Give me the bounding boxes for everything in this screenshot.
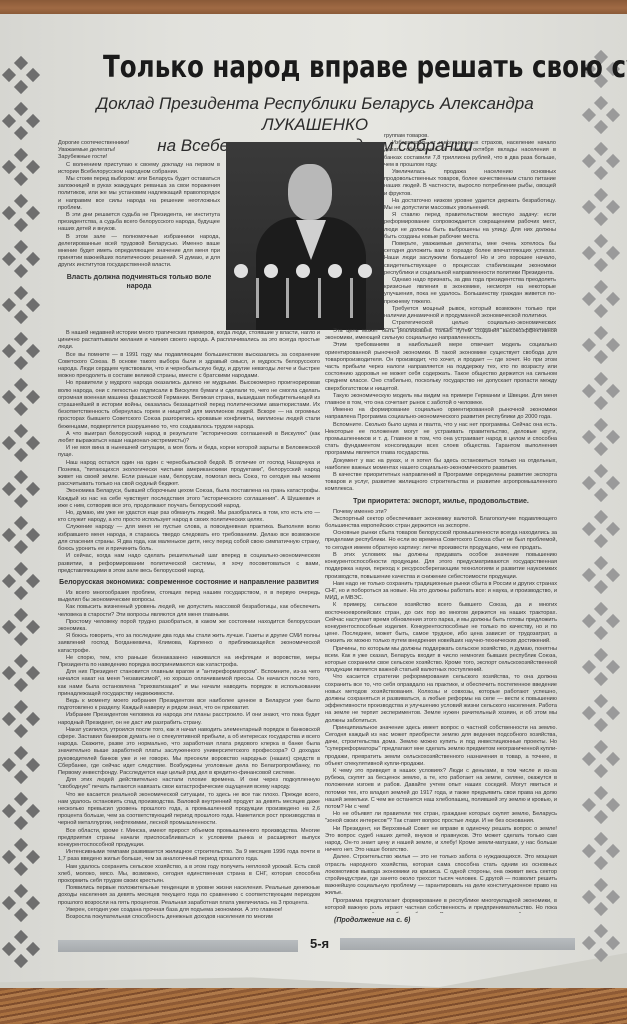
paragraph: Но не объявят ли правители тех стран, гр…: [325, 811, 557, 825]
paragraph: Нам удалось сохранить сельское хозяйство…: [58, 864, 320, 886]
greeting-paragraph: Дорогие соотечественники!: [58, 140, 220, 147]
diamond-ornament-icon: [4, 702, 38, 736]
continued-note: (Продолжение на с. 6): [334, 917, 410, 924]
paragraph: Эта цель может быть реализована только п…: [325, 328, 557, 342]
paragraph: Что касается стратегии реформирования се…: [325, 674, 557, 724]
diamond-ornament-icon: [584, 926, 618, 960]
paragraph: Как повысить жизненный уровень людей, не…: [58, 604, 320, 618]
diamond-ornament-icon: [584, 834, 618, 868]
diamond-ornament-icon: [584, 144, 618, 178]
paragraph: Увеличилась продажа населению основных п…: [384, 169, 556, 198]
mic-stand: [318, 278, 321, 318]
column-left-main: В нашей недавней истории много трагическ…: [58, 330, 320, 935]
diamond-ornament-icon: [4, 288, 38, 322]
diamond-ornament-icon: [4, 840, 38, 874]
paragraph: Но, думаю, им уже не удастся еще раз обм…: [58, 510, 320, 524]
paragraph: А что выиграл белорусский народ в резуль…: [58, 431, 320, 445]
paragraph: И не моя вина в нынешней ситуации, а моя…: [58, 445, 320, 459]
paragraph: Из всего многообразия проблем, стоящих п…: [58, 590, 320, 604]
paragraph: В нашей недавней истории много трагическ…: [58, 330, 320, 352]
diamond-ornament-icon: [584, 236, 618, 270]
mic-stand: [286, 278, 289, 318]
paragraph: В этих условиях мы должны придавать особ…: [325, 552, 557, 581]
greeting-paragraph: В этом зале — полномочные избранники нар…: [58, 234, 220, 270]
column-left-top: Дорогие соотечественники!Уважаемые делег…: [58, 140, 220, 330]
diamond-ornament-icon: [4, 564, 38, 598]
microphone-icon: [328, 264, 342, 278]
greeting-paragraph: Уважаемые делегаты!: [58, 147, 220, 154]
diamond-ornament-icon: [584, 466, 618, 500]
paragraph: Я боюсь говорить, что за последние два г…: [58, 633, 320, 655]
paragraph: Для этих людей действительно настали пло…: [58, 777, 320, 791]
diamond-ornament-icon: [584, 374, 618, 408]
diamond-ornament-icon: [584, 282, 618, 316]
diamond-ornament-icon: [584, 788, 618, 822]
diamond-ornament-icon: [4, 426, 38, 460]
president-photo: [226, 142, 384, 330]
paragraph: Уверен, сегодня уже создана прочная база…: [58, 907, 320, 914]
headline: Только народ вправе решать свою судьбу: [103, 50, 513, 85]
diamond-ornament-icon: [584, 558, 618, 592]
microphone-icon: [234, 264, 248, 278]
diamond-ornament-icon: [584, 742, 618, 776]
diamond-ornament-icon: [4, 794, 38, 828]
paragraph: Программа предполагает формирование в ре…: [325, 898, 557, 913]
column-right-top: группам товаров.Избавившись от инфляцион…: [384, 133, 556, 329]
paragraph: Основные рынки сбыта товаров белорусской…: [325, 530, 557, 552]
paragraph: Ни Президент, ни Верховный Совет не впра…: [325, 826, 557, 855]
diamond-ornament-icon: [4, 380, 38, 414]
diamond-ornament-icon: [4, 932, 38, 966]
diamond-ornament-icon: [584, 512, 618, 546]
paragraph: Все области, кроме г. Минска, имеют прир…: [58, 828, 320, 850]
footer-rule-left: [58, 940, 298, 952]
paragraph: Экспортный сектор обеспечивает экономику…: [325, 516, 557, 530]
paragraph: Простому человеку порой трудно разобрать…: [58, 619, 320, 633]
paragraph: Для них Президент становится главным вра…: [58, 669, 320, 698]
greeting-paragraph: С волнением приступаю к своему докладу н…: [58, 162, 220, 176]
diamond-ornament-icon: [4, 150, 38, 184]
photo-face: [288, 164, 332, 220]
diamond-ornament-icon: [4, 58, 38, 92]
paragraph: И сейчас, когда нам надо сделать решител…: [58, 553, 320, 575]
paragraph: группам товаров.: [384, 133, 556, 140]
page-number: 5-я: [310, 936, 329, 951]
paragraph: Избрание Президентом человека из народа …: [58, 712, 320, 726]
paragraph: Нам надо не только сохранить традиционны…: [325, 581, 557, 603]
paragraph: Ведь к моменту моего избрания Президенто…: [58, 698, 320, 712]
section-heading: Власть должна подчиняться только воле на…: [58, 273, 220, 291]
diamond-ornament-icon: [584, 604, 618, 638]
section-heading: Белорусская экономика: современное состо…: [58, 578, 320, 587]
diamond-ornament-icon: [584, 650, 618, 684]
paragraph: Именно на формирование социально ориенти…: [325, 407, 557, 421]
paragraph: Но правители у мудрого народа оказались …: [58, 380, 320, 430]
paragraph: Такую экономическую модель мы видим на п…: [325, 393, 557, 407]
paragraph: Далее. Строительство жилья — это не толь…: [325, 854, 557, 897]
paragraph: Принципиальное значение здесь имеет вопр…: [325, 725, 557, 768]
paragraph: Возросла покупательная способность денеж…: [58, 914, 320, 921]
section-heading: Три приоритета: экспорт, жилье, продовол…: [325, 497, 557, 506]
paragraph: В качестве приоритетных направлений в Пр…: [325, 472, 557, 494]
left-ornament-column: [4, 58, 38, 978]
paragraph: К чему это приведет в наших условиях? Лю…: [325, 768, 557, 811]
paragraph: Служение народу — для меня не пустые сло…: [58, 524, 320, 553]
diamond-ornament-icon: [4, 518, 38, 552]
diamond-ornament-icon: [4, 104, 38, 138]
mic-stand: [256, 278, 259, 318]
greeting-paragraph: Зарубежные гости!: [58, 154, 220, 161]
mic-stand: [350, 278, 353, 318]
paragraph: Не спорю, тем, кто раньше безнаказанно н…: [58, 655, 320, 669]
microphone-icon: [296, 264, 310, 278]
right-ornament-column: [584, 52, 618, 972]
paragraph: Почему именно эти?: [325, 509, 557, 516]
diamond-ornament-icon: [584, 328, 618, 362]
diamond-ornament-icon: [4, 748, 38, 782]
paragraph: На достаточно низком уровне удается держ…: [384, 198, 556, 212]
paragraph: Накат усилился, утроился после того, как…: [58, 727, 320, 777]
paragraph: Причины, по которым мы должны поддержать…: [325, 646, 557, 675]
subheadline-line-1: Доклад Президента Республики Беларусь Ал…: [50, 93, 580, 135]
paragraph: К примеру, сельское хозяйство всего бывш…: [325, 602, 557, 645]
diamond-ornament-icon: [584, 190, 618, 224]
diamond-ornament-icon: [4, 886, 38, 920]
column-right-main: Эта цель может быть реализована только п…: [325, 328, 557, 913]
paragraph: Требуется мощный рывок, который возможен…: [384, 306, 556, 320]
paragraph: Появились первые положительные тенденции…: [58, 885, 320, 907]
wood-surface: [0, 988, 627, 1024]
paragraph: Вспомните. Сколько было шума и гвалта, ч…: [325, 422, 557, 458]
diamond-ornament-icon: [4, 334, 38, 368]
diamond-ornament-icon: [584, 696, 618, 730]
paragraph: Все вы помните — в 1991 году мы подавляю…: [58, 352, 320, 381]
paragraph: Поверьте, уважаемые делегаты, мне очень …: [384, 241, 556, 277]
diamond-ornament-icon: [584, 880, 618, 914]
greeting-paragraph: В эти дни решается судьба не Президента,…: [58, 212, 220, 234]
diamond-ornament-icon: [584, 98, 618, 132]
paragraph: Этим требованиям в наибольшей мере отвеч…: [325, 342, 557, 392]
diamond-ornament-icon: [4, 472, 38, 506]
paragraph: Что же касается реальной экономической с…: [58, 792, 320, 828]
paragraph: Я ставлю перед правительством жесткую за…: [384, 212, 556, 241]
paragraph: Наш народ остался один на один с чернобы…: [58, 460, 320, 489]
diamond-ornament-icon: [4, 196, 38, 230]
diamond-ornament-icon: [4, 242, 38, 276]
microphone-icon: [264, 264, 278, 278]
diamond-ornament-icon: [4, 656, 38, 690]
microphone-icon: [358, 264, 372, 278]
paragraph: Экономика Беларуси, бывшей сборочным цех…: [58, 488, 320, 510]
diamond-ornament-icon: [584, 420, 618, 454]
paragraph: Документ у вас на руках, и я хотел бы зд…: [325, 458, 557, 472]
greeting-paragraph: Мы стоим перед выбором: или Беларусь буд…: [58, 176, 220, 212]
footer-rule-right: [340, 938, 575, 950]
paragraph: Избавившись от инфляционных страхов, нас…: [384, 140, 556, 169]
paragraph: Интенсивными темпами развивается жилищно…: [58, 849, 320, 863]
paragraph: Однако надо признать, за два года презид…: [384, 277, 556, 306]
diamond-ornament-icon: [4, 610, 38, 644]
